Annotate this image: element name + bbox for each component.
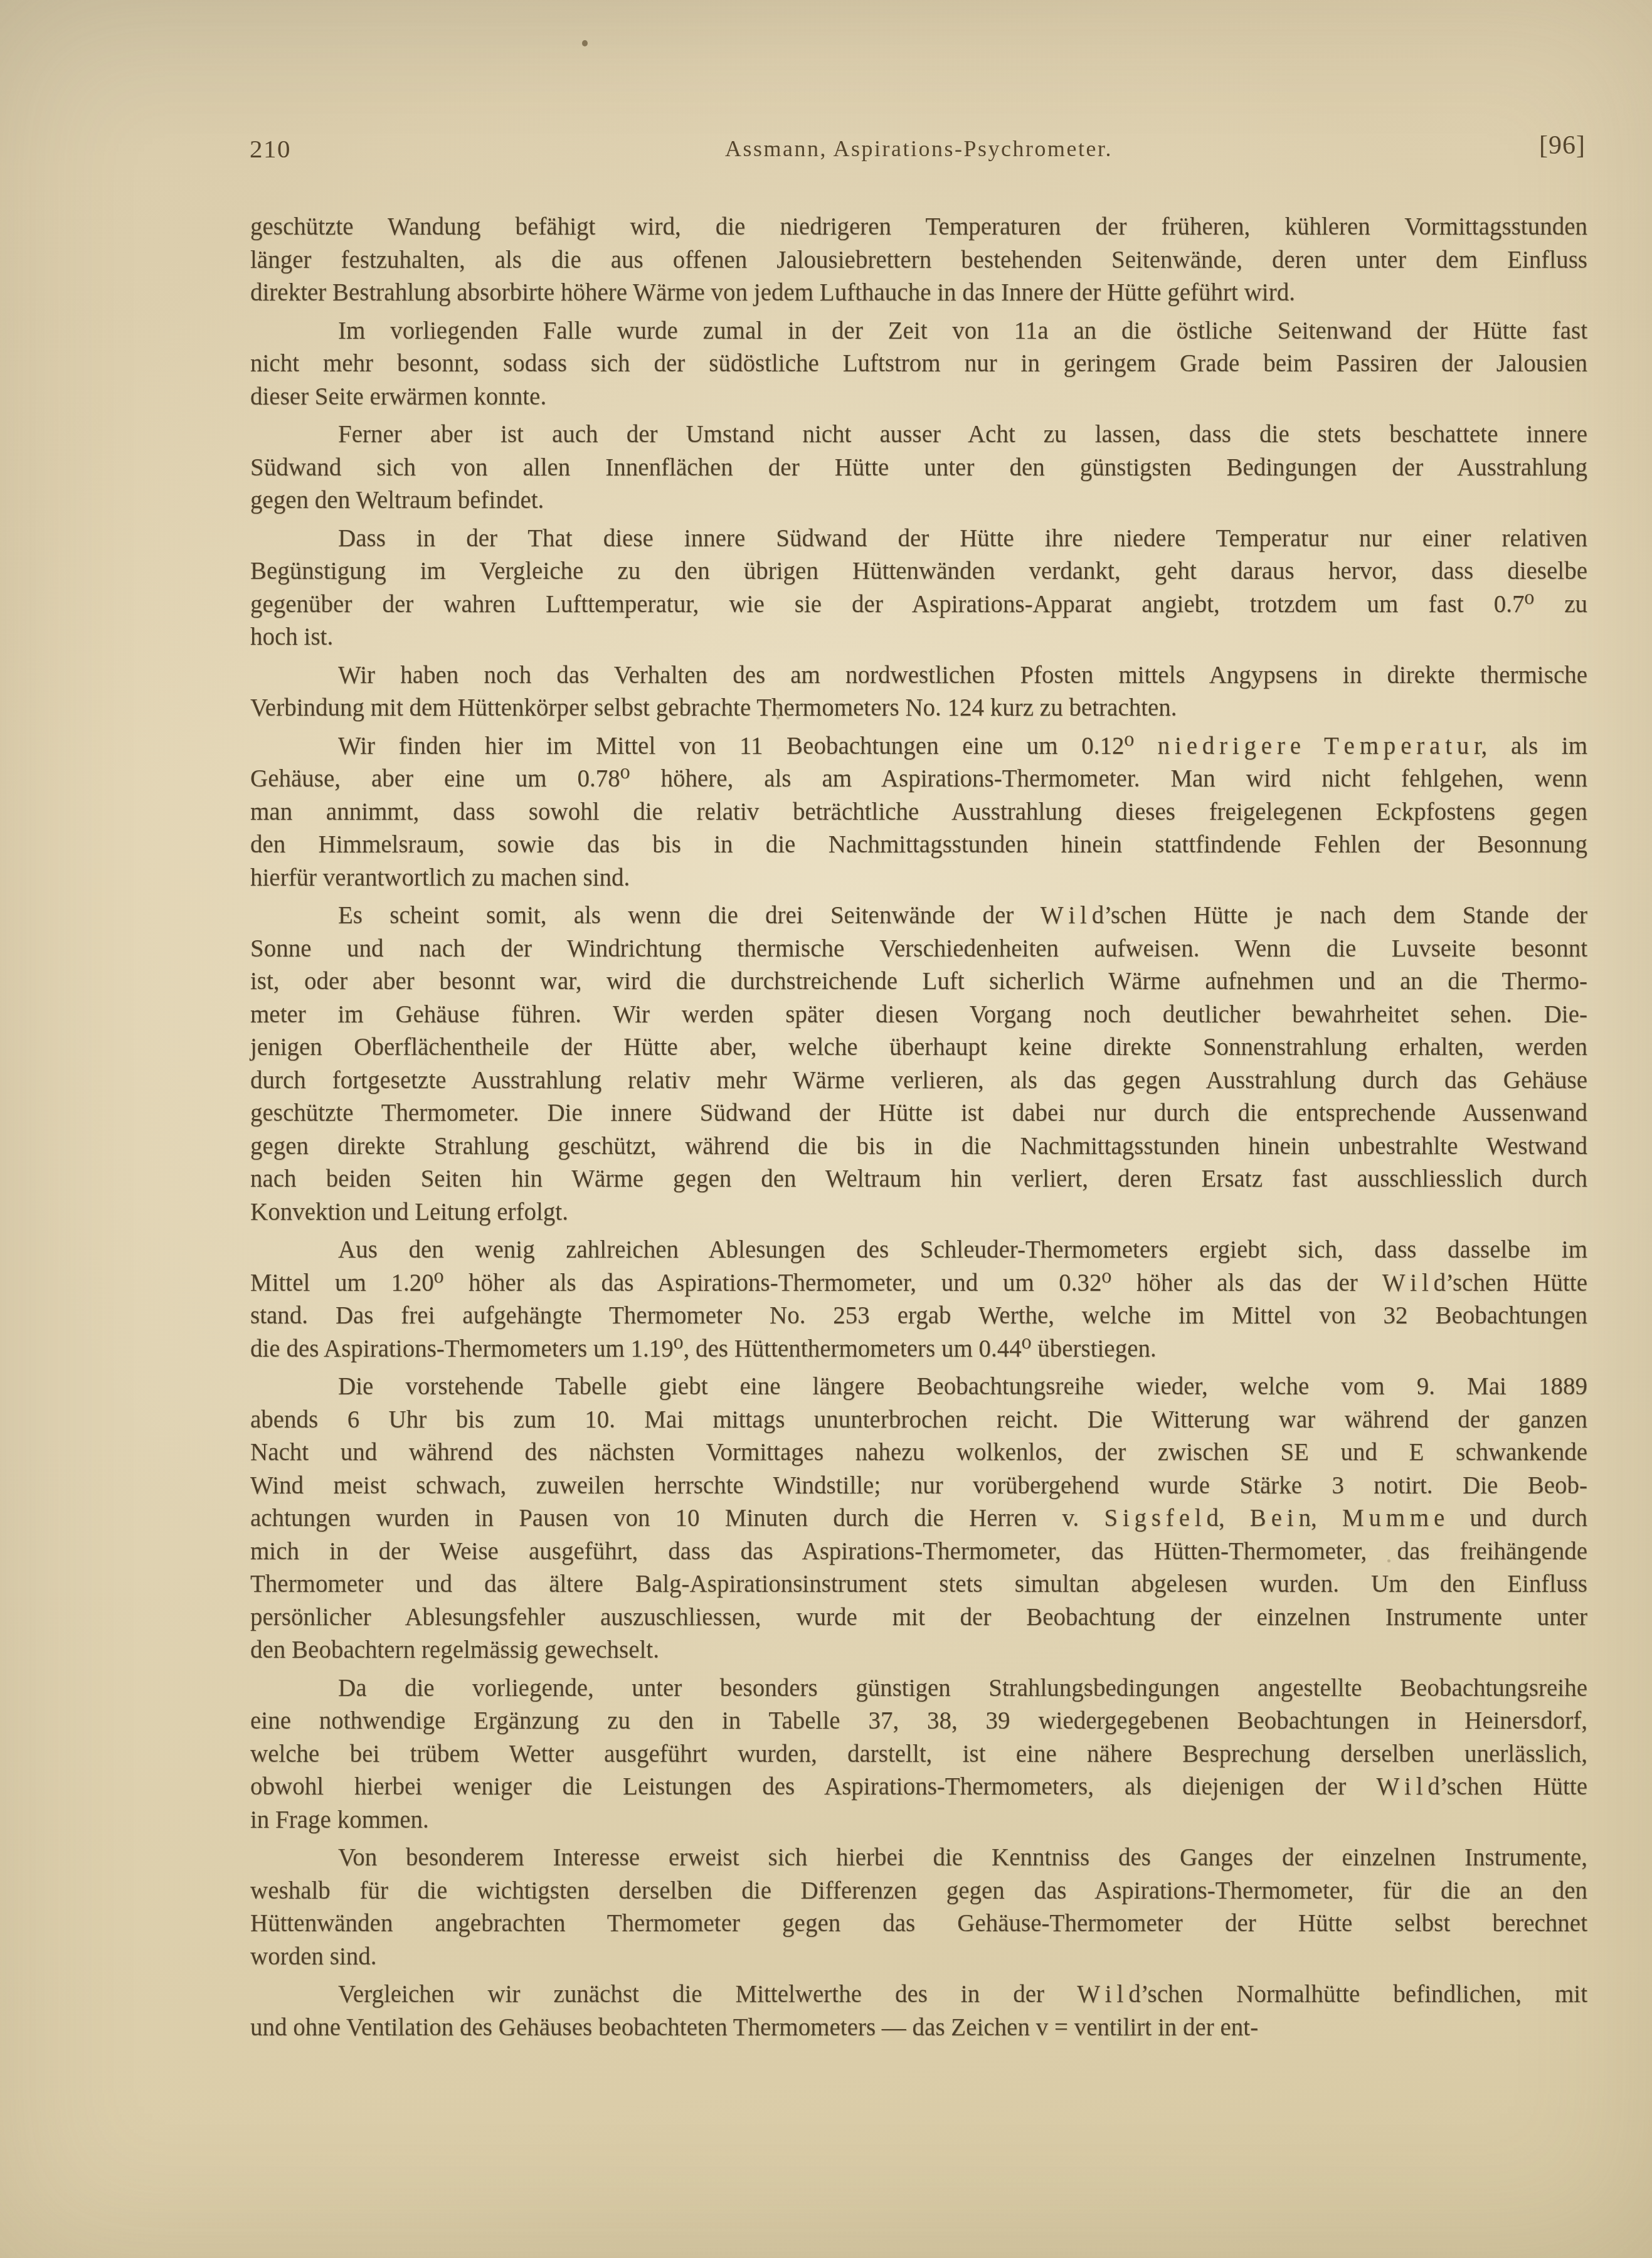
text-line: dieser Seite erwärmen konnte. (250, 381, 1587, 414)
text-line: Thermometer und das ältere Balg-Aspirati… (250, 1568, 1587, 1601)
paragraph: Aus den wenig zahlreichen Ablesungen des… (250, 1234, 1587, 1365)
paragraph: Wir finden hier im Mittel von 11 Beobach… (250, 730, 1587, 895)
text-line: hoch ist. (250, 621, 1587, 654)
text-line: Wind meist schwach, zuweilen herrschte W… (250, 1470, 1587, 1503)
text-line: in Frage kommen. (250, 1804, 1587, 1837)
text-line: Wir finden hier im Mittel von 11 Beobach… (250, 730, 1587, 763)
text-line: persönlicher Ablesungsfehler auszuschlie… (250, 1601, 1587, 1635)
text-line: länger festzuhalten, als die aus offenen… (250, 244, 1587, 277)
paragraph: geschützte Wandung befähigt wird, die ni… (250, 211, 1587, 310)
text-line: obwohl hierbei weniger die Leistungen de… (250, 1771, 1587, 1804)
paragraph: Im vorliegenden Falle wurde zumal in der… (250, 315, 1587, 414)
text-line: Gehäuse, aber eine um 0.78⁰ höhere, als … (250, 763, 1587, 796)
issue-number: [96] (1539, 130, 1586, 161)
running-title: Assmann, Aspirations-Psychrometer. (250, 135, 1588, 162)
text-line: direkter Bestrahlung absorbirte höhere W… (250, 277, 1587, 310)
text-line: Konvektion und Leitung erfolgt. (250, 1196, 1587, 1229)
paper-speck (582, 40, 588, 46)
text-line: Da die vorliegende, unter besonders güns… (250, 1672, 1587, 1705)
paragraph: Es scheint somit, als wenn die drei Seit… (250, 899, 1587, 1229)
text-line: weshalb für die wichtigsten derselben di… (250, 1875, 1587, 1908)
text-line: meter im Gehäuse führen. Wir werden spät… (250, 999, 1587, 1032)
text-line: Wir haben noch das Verhalten des am nord… (250, 659, 1587, 692)
text-line: gegen den Weltraum befindet. (250, 484, 1587, 517)
text-line: abends 6 Uhr bis zum 10. Mai mittags unu… (250, 1404, 1587, 1437)
text-line: man annimmt, dass sowohl die relativ bet… (250, 796, 1587, 829)
text-line: die des Aspirations-Thermometers um 1.19… (250, 1333, 1587, 1366)
text-line: achtungen wurden in Pausen von 10 Minute… (250, 1502, 1587, 1535)
paragraph: Vergleichen wir zunächst die Mittelwerth… (250, 1978, 1587, 2044)
text-line: gegen direkte Strahlung geschützt, währe… (250, 1130, 1587, 1163)
text-line: nicht mehr besonnt, sodass sich der südö… (250, 347, 1587, 381)
text-line: stand. Das frei aufgehängte Thermometer … (250, 1300, 1587, 1333)
body-text: geschützte Wandung befähigt wird, die ni… (250, 211, 1587, 2044)
text-line: geschützte Thermometer. Die innere Südwa… (250, 1097, 1587, 1130)
paragraph: Von besonderem Interesse erweist sich hi… (250, 1842, 1587, 1973)
text-line: Nacht und während des nächsten Vormittag… (250, 1436, 1587, 1470)
paragraph: Die vorstehende Tabelle giebt eine länge… (250, 1370, 1587, 1667)
text-line: Die vorstehende Tabelle giebt eine länge… (250, 1370, 1587, 1404)
paragraph: Wir haben noch das Verhalten des am nord… (250, 659, 1587, 725)
text-line: Aus den wenig zahlreichen Ablesungen des… (250, 1234, 1587, 1267)
text-line: Sonne und nach der Windrichtung thermisc… (250, 933, 1587, 966)
page-header: 210 Assmann, Aspirations-Psychrometer. [… (250, 130, 1588, 164)
text-line: den Beobachtern regelmässig gewechselt. (250, 1634, 1587, 1667)
text-line: welche bei trübem Wetter ausgeführt wurd… (250, 1738, 1587, 1771)
text-line: geschützte Wandung befähigt wird, die ni… (250, 211, 1587, 244)
text-line: hierfür verantwortlich zu machen sind. (250, 862, 1587, 895)
paragraph: Dass in der That diese innere Südwand de… (250, 522, 1587, 654)
text-line: jenigen Oberflächentheile der Hütte aber… (250, 1031, 1587, 1064)
paragraph: Ferner aber ist auch der Umstand nicht a… (250, 418, 1587, 517)
text-line: ist, oder aber besonnt war, wird die dur… (250, 965, 1587, 999)
text-line: worden sind. (250, 1941, 1587, 1974)
text-line: eine nothwendige Ergänzung zu den in Tab… (250, 1705, 1587, 1738)
text-line: Vergleichen wir zunächst die Mittelwerth… (250, 1978, 1587, 2012)
text-line: Begünstigung im Vergleiche zu den übrige… (250, 555, 1587, 588)
text-line: Mittel um 1.20⁰ höher als das Aspiration… (250, 1267, 1587, 1300)
text-line: den Himmelsraum, sowie das bis in die Na… (250, 829, 1587, 862)
text-line: mich in der Weise ausgeführt, dass das A… (250, 1535, 1587, 1569)
text-line: Von besonderem Interesse erweist sich hi… (250, 1842, 1587, 1875)
text-line: Hüttenwänden angebrachten Thermometer ge… (250, 1907, 1587, 1941)
text-line: Ferner aber ist auch der Umstand nicht a… (250, 418, 1587, 452)
text-line: Im vorliegenden Falle wurde zumal in der… (250, 315, 1587, 348)
text-line: Südwand sich von allen Innenflächen der … (250, 452, 1587, 485)
text-line: gegenüber der wahren Lufttemperatur, wie… (250, 588, 1587, 622)
text-line: Verbindung mit dem Hüttenkörper selbst g… (250, 692, 1587, 725)
paragraph: Da die vorliegende, unter besonders güns… (250, 1672, 1587, 1837)
text-line: und ohne Ventilation des Gehäuses beobac… (250, 2012, 1587, 2045)
text-line: Dass in der That diese innere Südwand de… (250, 522, 1587, 556)
text-line: nach beiden Seiten hin Wärme gegen den W… (250, 1163, 1587, 1196)
book-page: 210 Assmann, Aspirations-Psychrometer. [… (0, 0, 1652, 2258)
text-line: durch fortgesetzte Ausstrahlung relativ … (250, 1064, 1587, 1098)
text-line: Es scheint somit, als wenn die drei Seit… (250, 899, 1587, 933)
